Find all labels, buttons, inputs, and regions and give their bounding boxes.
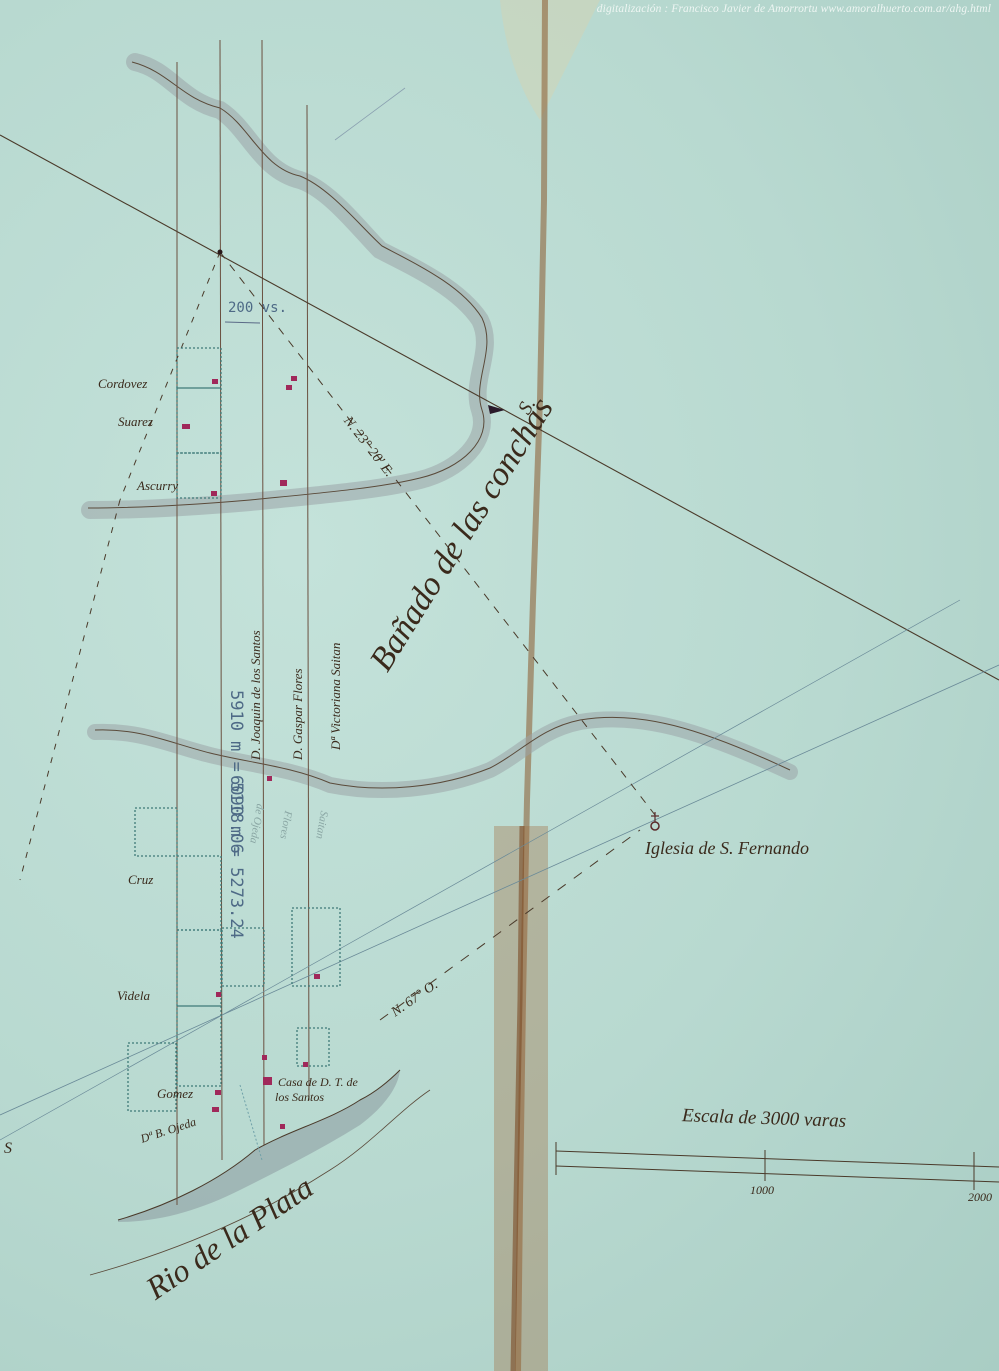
measurement-2: 6090 m = 5273.24 <box>226 775 246 939</box>
strip-victoriana-saitan: Dª Victoriana Saitan <box>328 643 344 750</box>
strip-gaspar-flores: D. Gaspar Flores <box>290 668 306 760</box>
map-linework <box>0 0 999 1371</box>
scale-tick-1000: 1000 <box>750 1183 774 1198</box>
scale-tick-2000: 2000 <box>968 1190 992 1205</box>
owner-gomez: Gomez <box>157 1086 193 1102</box>
owner-videla: Videla <box>117 988 150 1004</box>
edge-label: S <box>4 1140 12 1158</box>
label-iglesia: Iglesia de S. Fernando <box>645 838 809 859</box>
distance-200vs: 200 vs. <box>228 300 287 316</box>
owner-cruz: Cruz <box>128 872 153 888</box>
owner-ascurry: Ascurry <box>137 478 178 494</box>
owner-cordovez: Cordovez <box>98 376 147 392</box>
digitization-credit: digitalización : Francisco Javier de Amo… <box>597 3 991 15</box>
owner-suarez: Suarez <box>118 414 153 430</box>
label-casa-line2: los Santos <box>275 1090 324 1105</box>
label-casa: Casa de D. T. de <box>278 1075 358 1090</box>
strip-joaquin-santos: D. Joaquin de los Santos <box>248 630 264 760</box>
historic-map: digitalización : Francisco Javier de Amo… <box>0 0 999 1371</box>
